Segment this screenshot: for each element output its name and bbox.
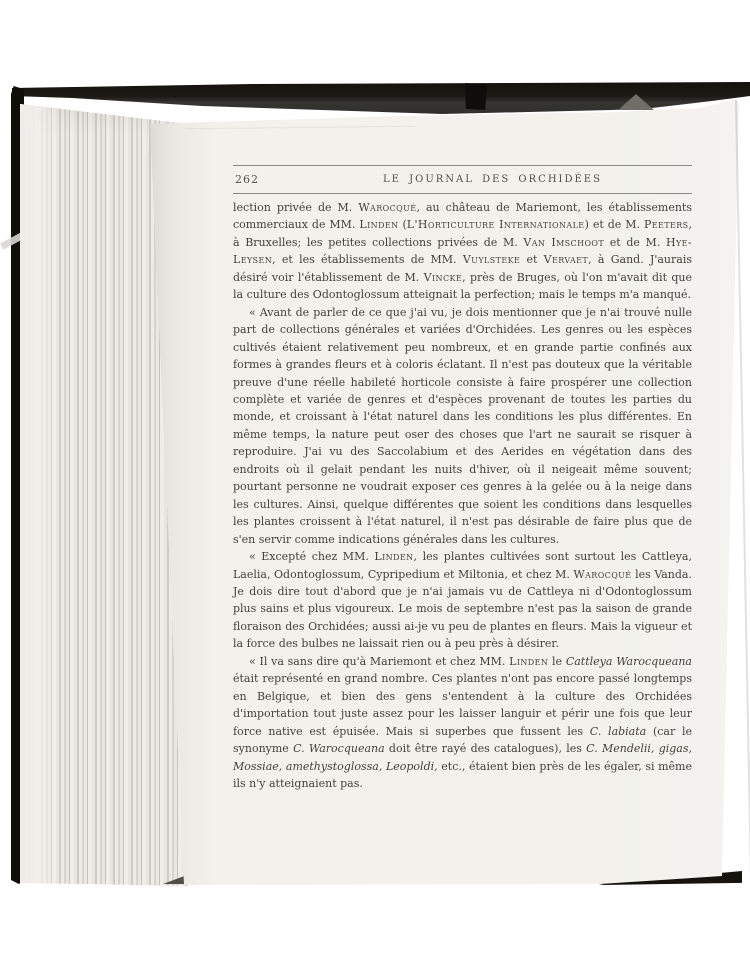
- header-rule-top: [233, 165, 692, 166]
- text-segment-italic: C. Warocqueana: [293, 742, 385, 755]
- text-segment-normal: le: [548, 655, 566, 668]
- text-segment-normal: et: [520, 253, 543, 266]
- running-head: 262 LE JOURNAL DES ORCHIDÉES: [233, 171, 692, 191]
- text-segment-smallcaps: Vervaet: [544, 253, 589, 266]
- text-segment-normal: « Excepté chez MM.: [249, 550, 374, 563]
- paragraph: « Il va sans dire qu'à Mariemont et chez…: [233, 653, 692, 793]
- text-segment-normal: doit être rayé des catalogues), les: [385, 742, 587, 755]
- text-segment-normal: et de M.: [604, 236, 666, 249]
- scanner-band-dark-patch: [465, 83, 487, 110]
- text-segment-normal: « Il va sans dire qu'à Mariemont et chez…: [249, 655, 509, 668]
- scanned-book-page: 262 LE JOURNAL DES ORCHIDÉES lection pri…: [0, 0, 750, 969]
- text-segment-smallcaps: L'Horticulture Internationale: [407, 218, 585, 231]
- text-segment-smallcaps: Vuylsteke: [463, 253, 520, 266]
- journal-title: LE JOURNAL DES ORCHIDÉES: [233, 174, 692, 185]
- text-segment-italic: C. labiata: [590, 725, 646, 738]
- page-right-edge: [735, 100, 750, 878]
- page-number: 262: [235, 173, 259, 186]
- text-segment-normal: (: [399, 218, 407, 231]
- text-segment-smallcaps: Linden: [374, 550, 413, 563]
- paragraph: « Excepté chez MM. Linden, les plantes c…: [233, 548, 692, 653]
- text-segment-smallcaps: Warocqué: [358, 201, 416, 214]
- body-text: lection privée de M. Warocqué, au châtea…: [233, 199, 692, 792]
- text-segment-normal: ) et de M.: [585, 218, 644, 231]
- text-segment-smallcaps: Linden: [509, 655, 548, 668]
- text-segment-smallcaps: Van Imschoot: [523, 236, 604, 249]
- text-segment-normal: lection privée de M.: [233, 201, 358, 214]
- text-segment-smallcaps: Warocqué: [573, 568, 631, 581]
- paragraph: lection privée de M. Warocqué, au châtea…: [233, 199, 692, 304]
- text-segment-smallcaps: Linden: [359, 218, 398, 231]
- text-segment-italic: Cattleya Warocqueana: [566, 655, 692, 668]
- text-segment-normal: , et les établissements de MM.: [272, 253, 463, 266]
- text-segment-smallcaps: Vincke: [424, 271, 462, 284]
- text-segment-smallcaps: Peeters: [644, 218, 689, 231]
- paragraph: « Avant de parler de ce que j'ai vu, je …: [233, 304, 692, 548]
- header-rule-bottom: [233, 193, 692, 194]
- text-segment-normal: « Avant de parler de ce que j'ai vu, je …: [233, 306, 692, 546]
